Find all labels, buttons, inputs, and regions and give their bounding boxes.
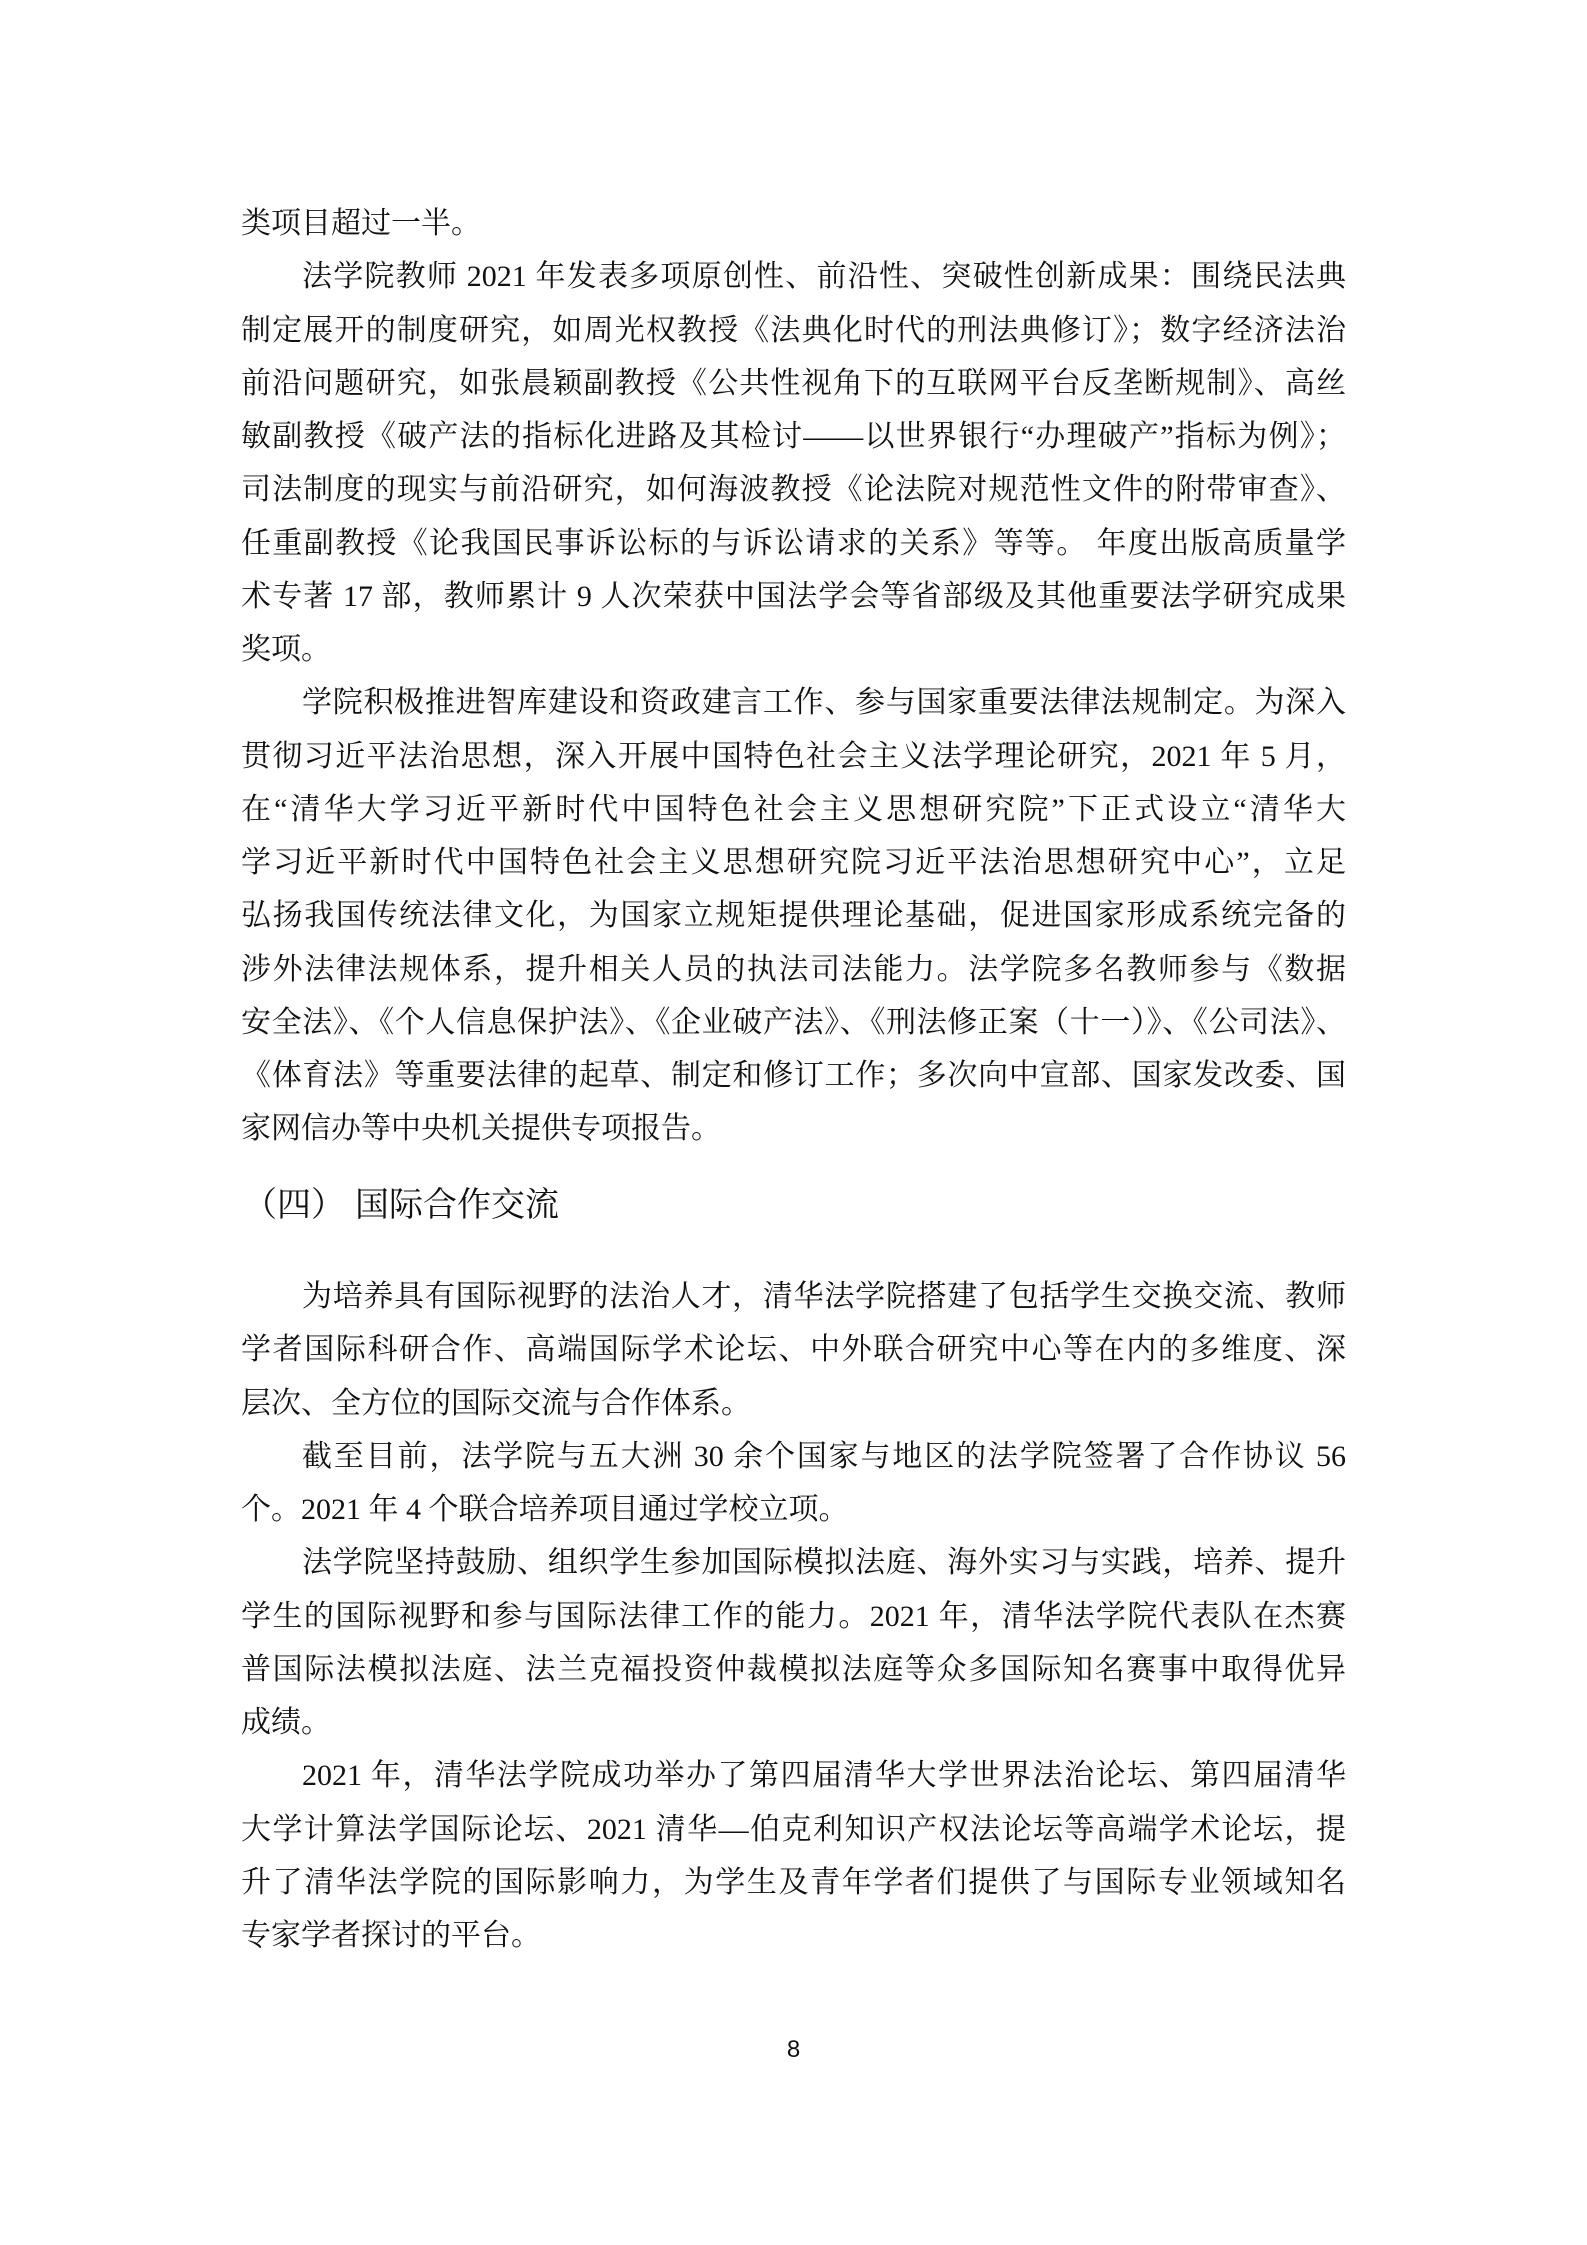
paragraph-line: 《体育法》等重要法律的起草、制定和修订工作；多次向中宣部、国家发改委、国	[241, 1056, 1346, 1096]
paragraph-line: 司法制度的现实与前沿研究，如何海波教授《论法院对规范性文件的附带审查》、	[241, 470, 1346, 510]
paragraph-line: 学院积极推进智库建设和资政建言工作、参与国家重要法律法规制定。为深入	[302, 683, 1346, 723]
paragraph-line: 奖项。	[241, 630, 1346, 670]
paragraph-line: 前沿问题研究，如张晨颖副教授《公共性视角下的互联网平台反垄断规制》、高丝	[241, 364, 1346, 404]
paragraph-line: 个。2021 年 4 个联合培养项目通过学校立项。	[241, 1490, 1346, 1530]
paragraph-line: 法学院坚持鼓励、组织学生参加国际模拟法庭、海外实习与实践，培养、提升	[302, 1543, 1346, 1583]
paragraph-line: 为培养具有国际视野的法治人才，清华法学院搭建了包括学生交换交流、教师	[302, 1277, 1346, 1317]
paragraph-line: 成绩。	[241, 1703, 1346, 1743]
paragraph-line: 安全法》、《个人信息保护法》、《企业破产法》、《刑法修正案（十一）》、《公司法》…	[241, 1003, 1346, 1043]
section-heading-number: （四）	[243, 1182, 355, 1228]
paragraph-line: 贯彻习近平法治思想，深入开展中国特色社会主义法学理论研究，2021 年 5 月，	[241, 737, 1346, 777]
paragraph-line: 法学院教师 2021 年发表多项原创性、前沿性、突破性创新成果：围绕民法典	[302, 257, 1346, 297]
paragraph-line: 大学计算法学国际论坛、2021 清华—伯克利知识产权法论坛等高端学术论坛，提	[241, 1810, 1346, 1850]
document-page: 类项目超过一半。 法学院教师 2021 年发表多项原创性、前沿性、突破性创新成果…	[0, 0, 1587, 2245]
paragraph-line: 家网信办等中央机关提供专项报告。	[241, 1109, 1346, 1149]
paragraph-line: 普国际法模拟法庭、法兰克福投资仲裁模拟法庭等众多国际知名赛事中取得优异	[241, 1650, 1346, 1690]
paragraph-line: 学者国际科研合作、高端国际学术论坛、中外联合研究中心等在内的多维度、深	[241, 1330, 1346, 1370]
paragraph-line: 升了清华法学院的国际影响力，为学生及青年学者们提供了与国际专业领域知名	[241, 1863, 1346, 1903]
paragraph-line: 涉外法律法规体系，提升相关人员的执法司法能力。法学院多名教师参与《数据	[241, 950, 1346, 990]
paragraph-line: 类项目超过一半。	[241, 204, 1346, 244]
paragraph-line: 学生的国际视野和参与国际法律工作的能力。2021 年，清华法学院代表队在杰赛	[241, 1597, 1346, 1637]
paragraph-line: 在“清华大学习近平新时代中国特色社会主义思想研究院”下正式设立“清华大	[241, 790, 1346, 830]
paragraph-line: 任重副教授《论我国民事诉讼标的与诉讼请求的关系》等等。 年度出版高质量学	[241, 524, 1346, 564]
paragraph-line: 层次、全方位的国际交流与合作体系。	[241, 1384, 1346, 1424]
paragraph-line: 截至目前，法学院与五大洲 30 余个国家与地区的法学院签署了合作协议 56	[302, 1437, 1346, 1477]
paragraph-line: 敏副教授《破产法的指标化进路及其检讨——以世界银行“办理破产”指标为例》；	[241, 417, 1346, 457]
paragraph-line: 2021 年，清华法学院成功举办了第四届清华大学世界法治论坛、第四届清华	[302, 1756, 1346, 1796]
paragraph-line: 制定展开的制度研究，如周光权教授《法典化时代的刑法典修订》；数字经济法治	[241, 311, 1346, 351]
paragraph-line: 专家学者探讨的平台。	[241, 1916, 1346, 1956]
page-number: 8	[0, 2036, 1587, 2064]
paragraph-line: 学习近平新时代中国特色社会主义思想研究院习近平法治思想研究中心”，立足	[241, 843, 1346, 883]
section-heading: （四）国际合作交流	[243, 1182, 559, 1228]
paragraph-line: 弘扬我国传统法律文化，为国家立规矩提供理论基础，促进国家形成系统完备的	[241, 896, 1346, 936]
paragraph-line: 术专著 17 部，教师累计 9 人次荣获中国法学会等省部级及其他重要法学研究成果	[241, 577, 1346, 617]
section-heading-title: 国际合作交流	[355, 1185, 559, 1225]
